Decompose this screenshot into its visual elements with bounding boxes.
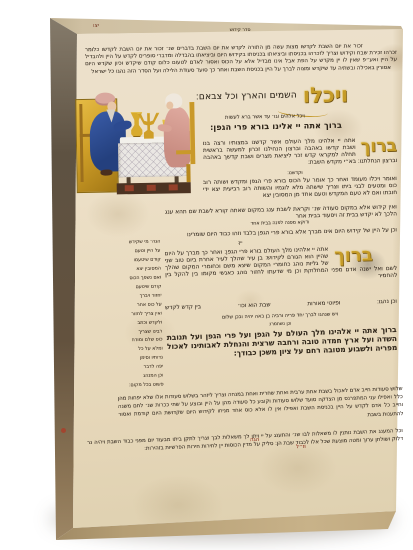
text-line: ופיוטי מאורות	[307, 300, 340, 307]
top-commentary-block: זכור את יום השבת לקדשו מצות עשה מן התורה…	[85, 43, 397, 76]
woman-arm	[157, 124, 172, 133]
kiddush-miniature	[73, 90, 203, 200]
commentary-a: ואומר ויכלו מעומד ואחר כך אומר על הכוס ב…	[203, 176, 397, 201]
vaychulu-text: השמים והארץ וכל צבאם׃	[196, 91, 297, 103]
man-shoe	[100, 169, 112, 175]
margin-gloss-column: הגה׳ מי שקידשעל היין וטעםקודם שיטעמוהמסו…	[114, 238, 163, 391]
text-line: בין קדש לקדש	[165, 304, 201, 311]
red-margin-mark	[61, 428, 66, 433]
text-line: פשוט בכל מקום׃	[118, 382, 164, 392]
red-ink-note: הגה	[250, 437, 259, 443]
text-line: ואין צריך לחזור	[116, 310, 162, 320]
base-ornament	[169, 184, 178, 190]
gold-chair-leg	[186, 164, 190, 182]
gold-word-vaychulu: ויכלו	[303, 83, 349, 108]
gold-chair-back	[189, 102, 195, 164]
text-line: וכן נהגו׃	[377, 299, 397, 306]
folio-mark: יצו	[93, 23, 99, 29]
base-ornament	[125, 185, 134, 191]
kiddush-paragraph: ברוךאתה יי אלהינו מלך העולם אשר קדשנו במ…	[203, 137, 398, 169]
gold-word-baruch: ברוך	[360, 137, 397, 157]
second-gold-paragraph: ברוךאתה יי אלהינו מלך העולם בורא פרי הגפ…	[165, 245, 398, 286]
gold-word-baruch-2: ברוך	[334, 245, 373, 266]
text-line: שבת הוא וכו׳	[238, 302, 271, 309]
vaychulu-opening-line: ויכלו השמים והארץ וכל צבאם׃	[196, 83, 349, 110]
woman-face	[166, 101, 173, 109]
woman-pink-robe	[163, 107, 192, 167]
text-line: ולקדש וכתב	[116, 319, 162, 329]
red-ink-note: וז״ל	[296, 444, 306, 450]
running-header: סדר קידוש	[210, 28, 270, 33]
gold-chair-seat	[176, 150, 194, 154]
manuscript-photo: יצו סדר קידוש זכור את יום השבת לקדשו מצו…	[0, 0, 413, 550]
base-ornament	[147, 185, 156, 191]
